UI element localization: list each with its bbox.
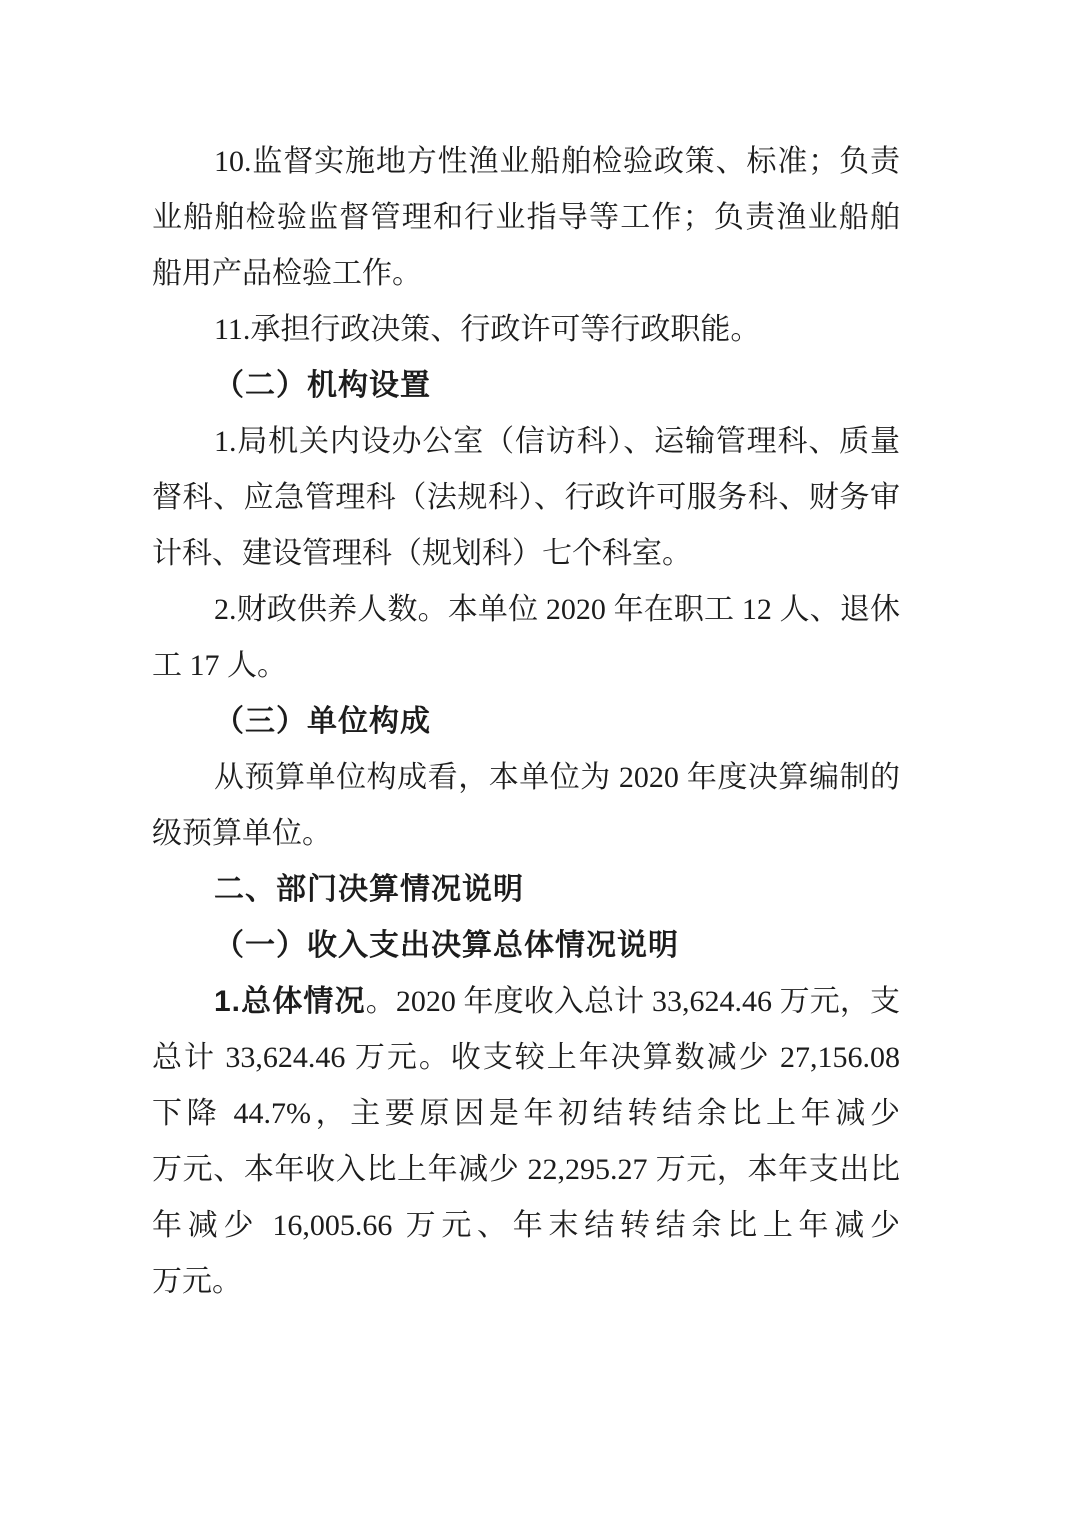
line-departments-part3: 计科、建设管理科（规划科）七个科室。 — [152, 526, 900, 582]
document-text-block: 10.监督实施地方性渔业船舶检验政策、标准；负责渔 业船舶检验监督管理和行业指导… — [152, 134, 900, 1310]
line-staffing-part1: 2.财政供养人数。本单位 2020 年在职工 12 人、退休职 — [152, 582, 900, 638]
heading-section2-organization-setup: （二）机构设置 — [152, 358, 900, 414]
line-unit-composition-part1: 从预算单位构成看，本单位为 2020 年度决算编制的二 — [152, 750, 900, 806]
line-departments-part1: 1.局机关内设办公室（信访科）、运输管理科、质量监 — [152, 414, 900, 470]
line-overall-situation-part3: 下降 44.7%，主要原因是年初结转结余比上年减少 4,860.81 — [152, 1086, 900, 1142]
overall-situation-bold-run: 1.总体情况 — [214, 985, 366, 1018]
line-overall-situation-part1: 1.总体情况。2020 年度收入总计 33,624.46 万元，支出 — [152, 974, 900, 1030]
line-item10-part3: 船用产品检验工作。 — [152, 246, 900, 302]
line-item11: 11.承担行政决策、行政许可等行政职能。 — [152, 302, 900, 358]
line-overall-situation-part6: 万元。 — [152, 1254, 900, 1310]
heading-part2-final-accounts-explanation: 二、部门决算情况说明 — [152, 862, 900, 918]
line-item10-part1: 10.监督实施地方性渔业船舶检验政策、标准；负责渔 — [152, 134, 900, 190]
heading-revenue-expenditure-overview: （一）收入支出决算总体情况说明 — [152, 918, 900, 974]
line-overall-situation-part4: 万元、本年收入比上年减少 22,295.27 万元，本年支出比上 — [152, 1142, 900, 1198]
line-staffing-part2: 工 17 人。 — [152, 638, 900, 694]
document-page: 10.监督实施地方性渔业船舶检验政策、标准；负责渔 业船舶检验监督管理和行业指导… — [0, 0, 1075, 1521]
line-unit-composition-part2: 级预算单位。 — [152, 806, 900, 862]
line-departments-part2: 督科、应急管理科（法规科）、行政许可服务科、财务审 — [152, 470, 900, 526]
heading-section3-unit-composition: （三）单位构成 — [152, 694, 900, 750]
line-item10-part2: 业船舶检验监督管理和行业指导等工作；负责渔业船舶和 — [152, 190, 900, 246]
line-overall-situation-part2: 总计 33,624.46 万元。收支较上年决算数减少 27,156.08 万元、 — [152, 1030, 900, 1086]
line-overall-situation-part5: 年减少 16,005.66 万元、年末结转结余比上年减少 11,150.42 — [152, 1198, 900, 1254]
